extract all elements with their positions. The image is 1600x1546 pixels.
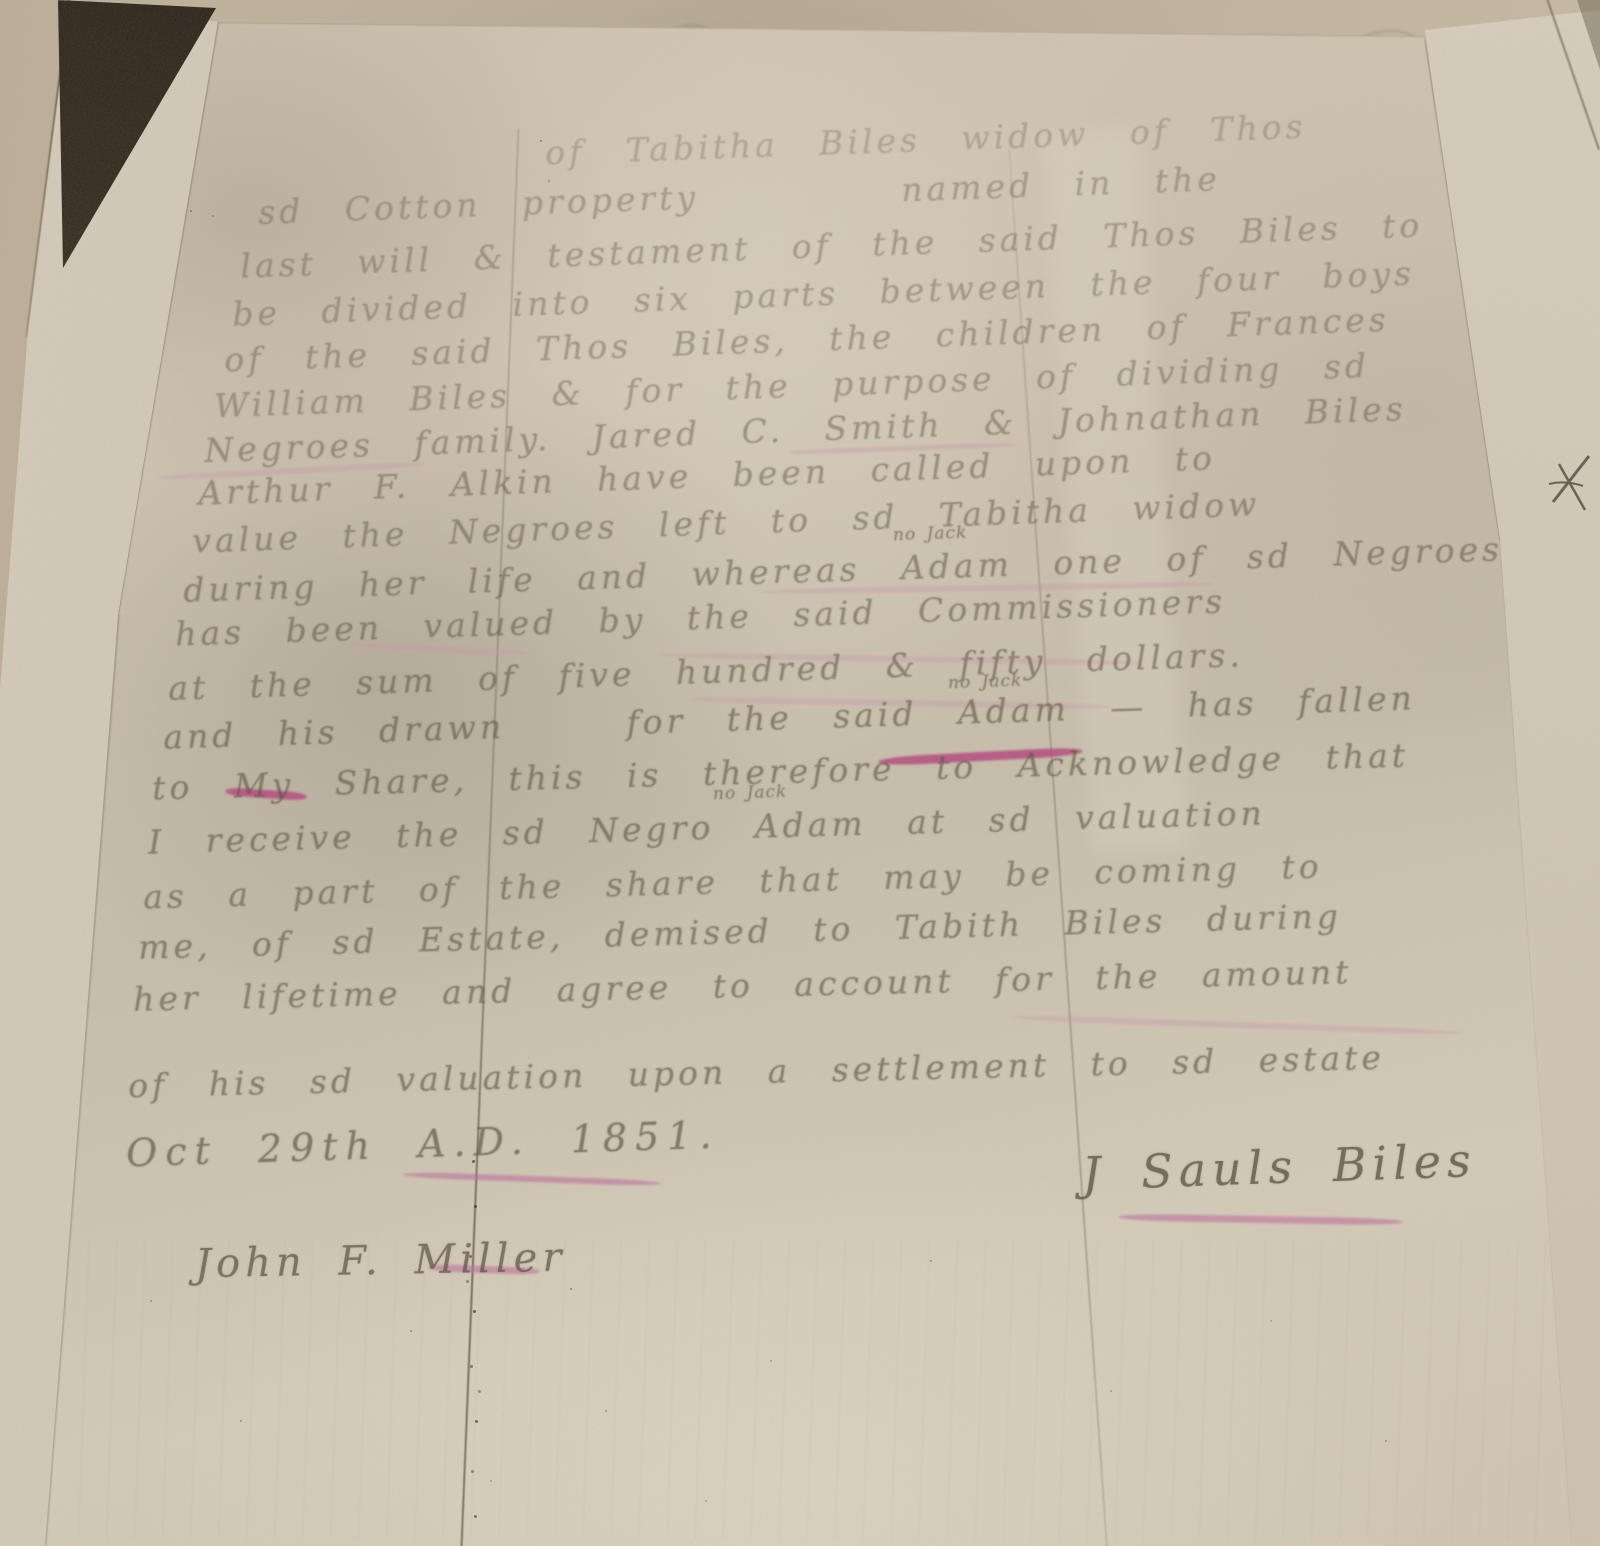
pink-underline-tabith-biles xyxy=(1013,1014,1461,1036)
interline-annotation: no Jack xyxy=(713,782,788,805)
interline-annotation: no Jack xyxy=(893,523,968,546)
manuscript-line: of his sd valuation upon a settlement to… xyxy=(128,1038,1386,1106)
interline-annotation: no Jack xyxy=(948,671,1023,694)
signature-j-sauls-biles: J Sauls Biles xyxy=(1081,1133,1477,1201)
pink-underline-date xyxy=(403,1171,661,1186)
document-page: of Tabitha Biles widow of Thos sd Cotton… xyxy=(0,0,1600,1546)
manuscript-line: her lifetime and agree to account for th… xyxy=(133,952,1353,1019)
pink-underline-signature xyxy=(1118,1214,1403,1226)
date-line: Oct 29th A.D. 1851. xyxy=(125,1113,720,1176)
signature-john-f-miller: John F. Miller xyxy=(195,1235,567,1287)
photo-of-document: of Tabitha Biles widow of Thos sd Cotton… xyxy=(0,0,1600,1546)
